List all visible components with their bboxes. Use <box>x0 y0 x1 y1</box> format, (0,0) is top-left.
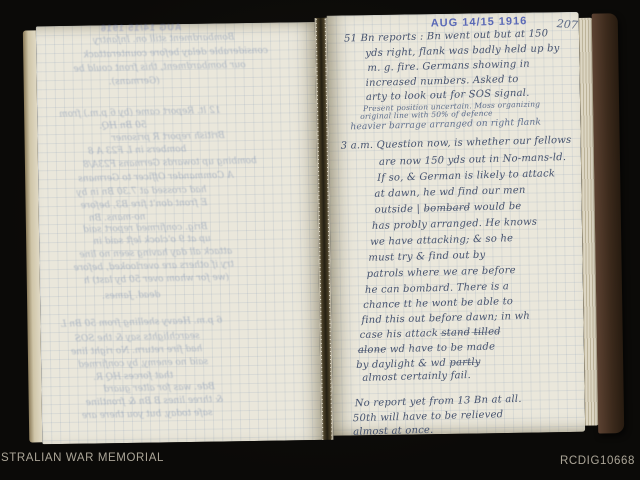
handwriting-line: yds right, flank was badly held up by <box>365 43 560 59</box>
handwriting-line: m. g. fire. Germans showing in <box>367 59 530 74</box>
handwriting-line: 51 Bn reports : Bn went out but at 150 <box>344 28 548 44</box>
showthrough-line: (Germans). <box>109 76 160 87</box>
handwriting-line: by daylight & wd p̶a̶r̶t̶l̶y̶ <box>356 357 481 371</box>
showthrough-line: bombing up towards Germans F23A/8 <box>83 156 257 170</box>
showthrough-line: try if others are overlooked, before <box>73 260 234 274</box>
showthrough-line: Bde. was for alter guard <box>103 382 214 395</box>
handwriting-line: 3 a.m. Question now, is whether our fell… <box>341 135 572 152</box>
handwriting-line: outside | b̶o̶m̶b̶a̶r̶d̶ would be <box>375 201 522 216</box>
handwriting-line: at dawn, he wd find our men <box>374 185 525 200</box>
handwriting-line: If so, & German is likely to attack <box>377 168 555 184</box>
open-notebook: AUG 14/15 1916 Bombardment still on. Inf… <box>23 12 606 447</box>
handwriting-line: increased numbers. Asked to <box>366 74 519 89</box>
showthrough-line: had fire return. No right line <box>71 344 203 357</box>
book-cover-edge <box>592 13 625 433</box>
handwriting-line: patrols where we are before <box>367 265 516 280</box>
handwriting-line: case his attack s̶t̶a̶n̶d̶ t̶i̶l̶l̶e̶d̶ <box>360 326 501 341</box>
right-page-handwriting-lines: 51 Bn reports : Bn went out but at 150yd… <box>327 12 586 436</box>
handwriting-line: must try & find out by <box>368 250 485 264</box>
handwriting-line: we have attacking; & so he <box>370 233 513 248</box>
handwriting-line: a̶l̶o̶n̶e̶ wd have to be made <box>358 341 496 356</box>
handwriting-line: almost at once. <box>353 425 434 438</box>
handwriting-line: find this out before dawn; in wh <box>361 311 530 326</box>
showthrough-line: (we for whom over 50 by last) h <box>84 273 229 287</box>
showthrough-line: bombers in L F23 A 8 <box>88 145 187 157</box>
showthrough-line: 50 Bn HQ. <box>99 120 146 131</box>
handwriting-line: he can bombard. There is a <box>365 281 509 296</box>
showthrough-line: no-mans. Bn <box>89 212 146 223</box>
showthrough-line: 12 lt. Report came (by 6 p.m.) from <box>59 106 221 120</box>
handwriting-line: 50th will have to be relieved <box>353 409 504 424</box>
diary-left-page: AUG 14/15 1916 Bombardment still on. Inf… <box>36 22 322 444</box>
showthrough-line: E front don't fire B3, before <box>80 198 207 211</box>
handwriting-line: No report yet from 13 Bn at all. <box>355 394 522 409</box>
showthrough-line: that forces HQ R. <box>93 371 173 383</box>
scanned-diary-photo: AUG 14/15 1916 Bombardment still on. Inf… <box>0 0 640 480</box>
showthrough-line: A Commander Officer to Germans <box>78 171 234 185</box>
handwriting-line: are now 150 yds out in No-mans-ld. <box>379 152 566 168</box>
diary-right-page: AUG 14/15 1916 207 51 Bn reports : Bn we… <box>327 12 586 436</box>
showthrough-line: British report R prisoner <box>111 131 224 144</box>
handwriting-line: has probly arranged. He knows <box>372 217 537 232</box>
archive-watermark: STRALIAN WAR MEMORIAL <box>1 452 164 464</box>
showthrough-line: 6 p.m. Heavy shelling from 50 Bn L <box>60 316 222 330</box>
showthrough-line: Bombardment still on. Infantry <box>93 33 235 46</box>
showthrough-line: safe today, but you there are <box>82 408 213 421</box>
showthrough-line: said no enemy, by confirmed <box>78 357 208 370</box>
showthrough-line: Brig. confirmed report said <box>83 222 208 235</box>
showthrough-line: up at 9 o'clock left said in <box>93 234 211 247</box>
showthrough-line: dead. James. <box>102 290 160 301</box>
left-page-showthrough-lines: Bombardment still on. Infantryconsiderab… <box>36 22 322 444</box>
showthrough-line: & three lines B Bn & frontline <box>86 395 224 408</box>
image-id-label: RCDIG10668 <box>560 455 635 467</box>
showthrough-line: considerable delay before counterattack <box>83 46 268 61</box>
showthrough-line: attack all day having seen no line <box>79 247 232 261</box>
showthrough-line: our bombardment, this front could be <box>73 60 245 74</box>
showthrough-line: searchlights say & the SOS <box>75 331 200 344</box>
handwriting-line: almost certainly fail. <box>362 370 471 384</box>
handwriting-line: chance tt he wont be able to <box>363 296 513 311</box>
showthrough-line: had crossed at 7.30 Bn in by <box>76 185 206 198</box>
